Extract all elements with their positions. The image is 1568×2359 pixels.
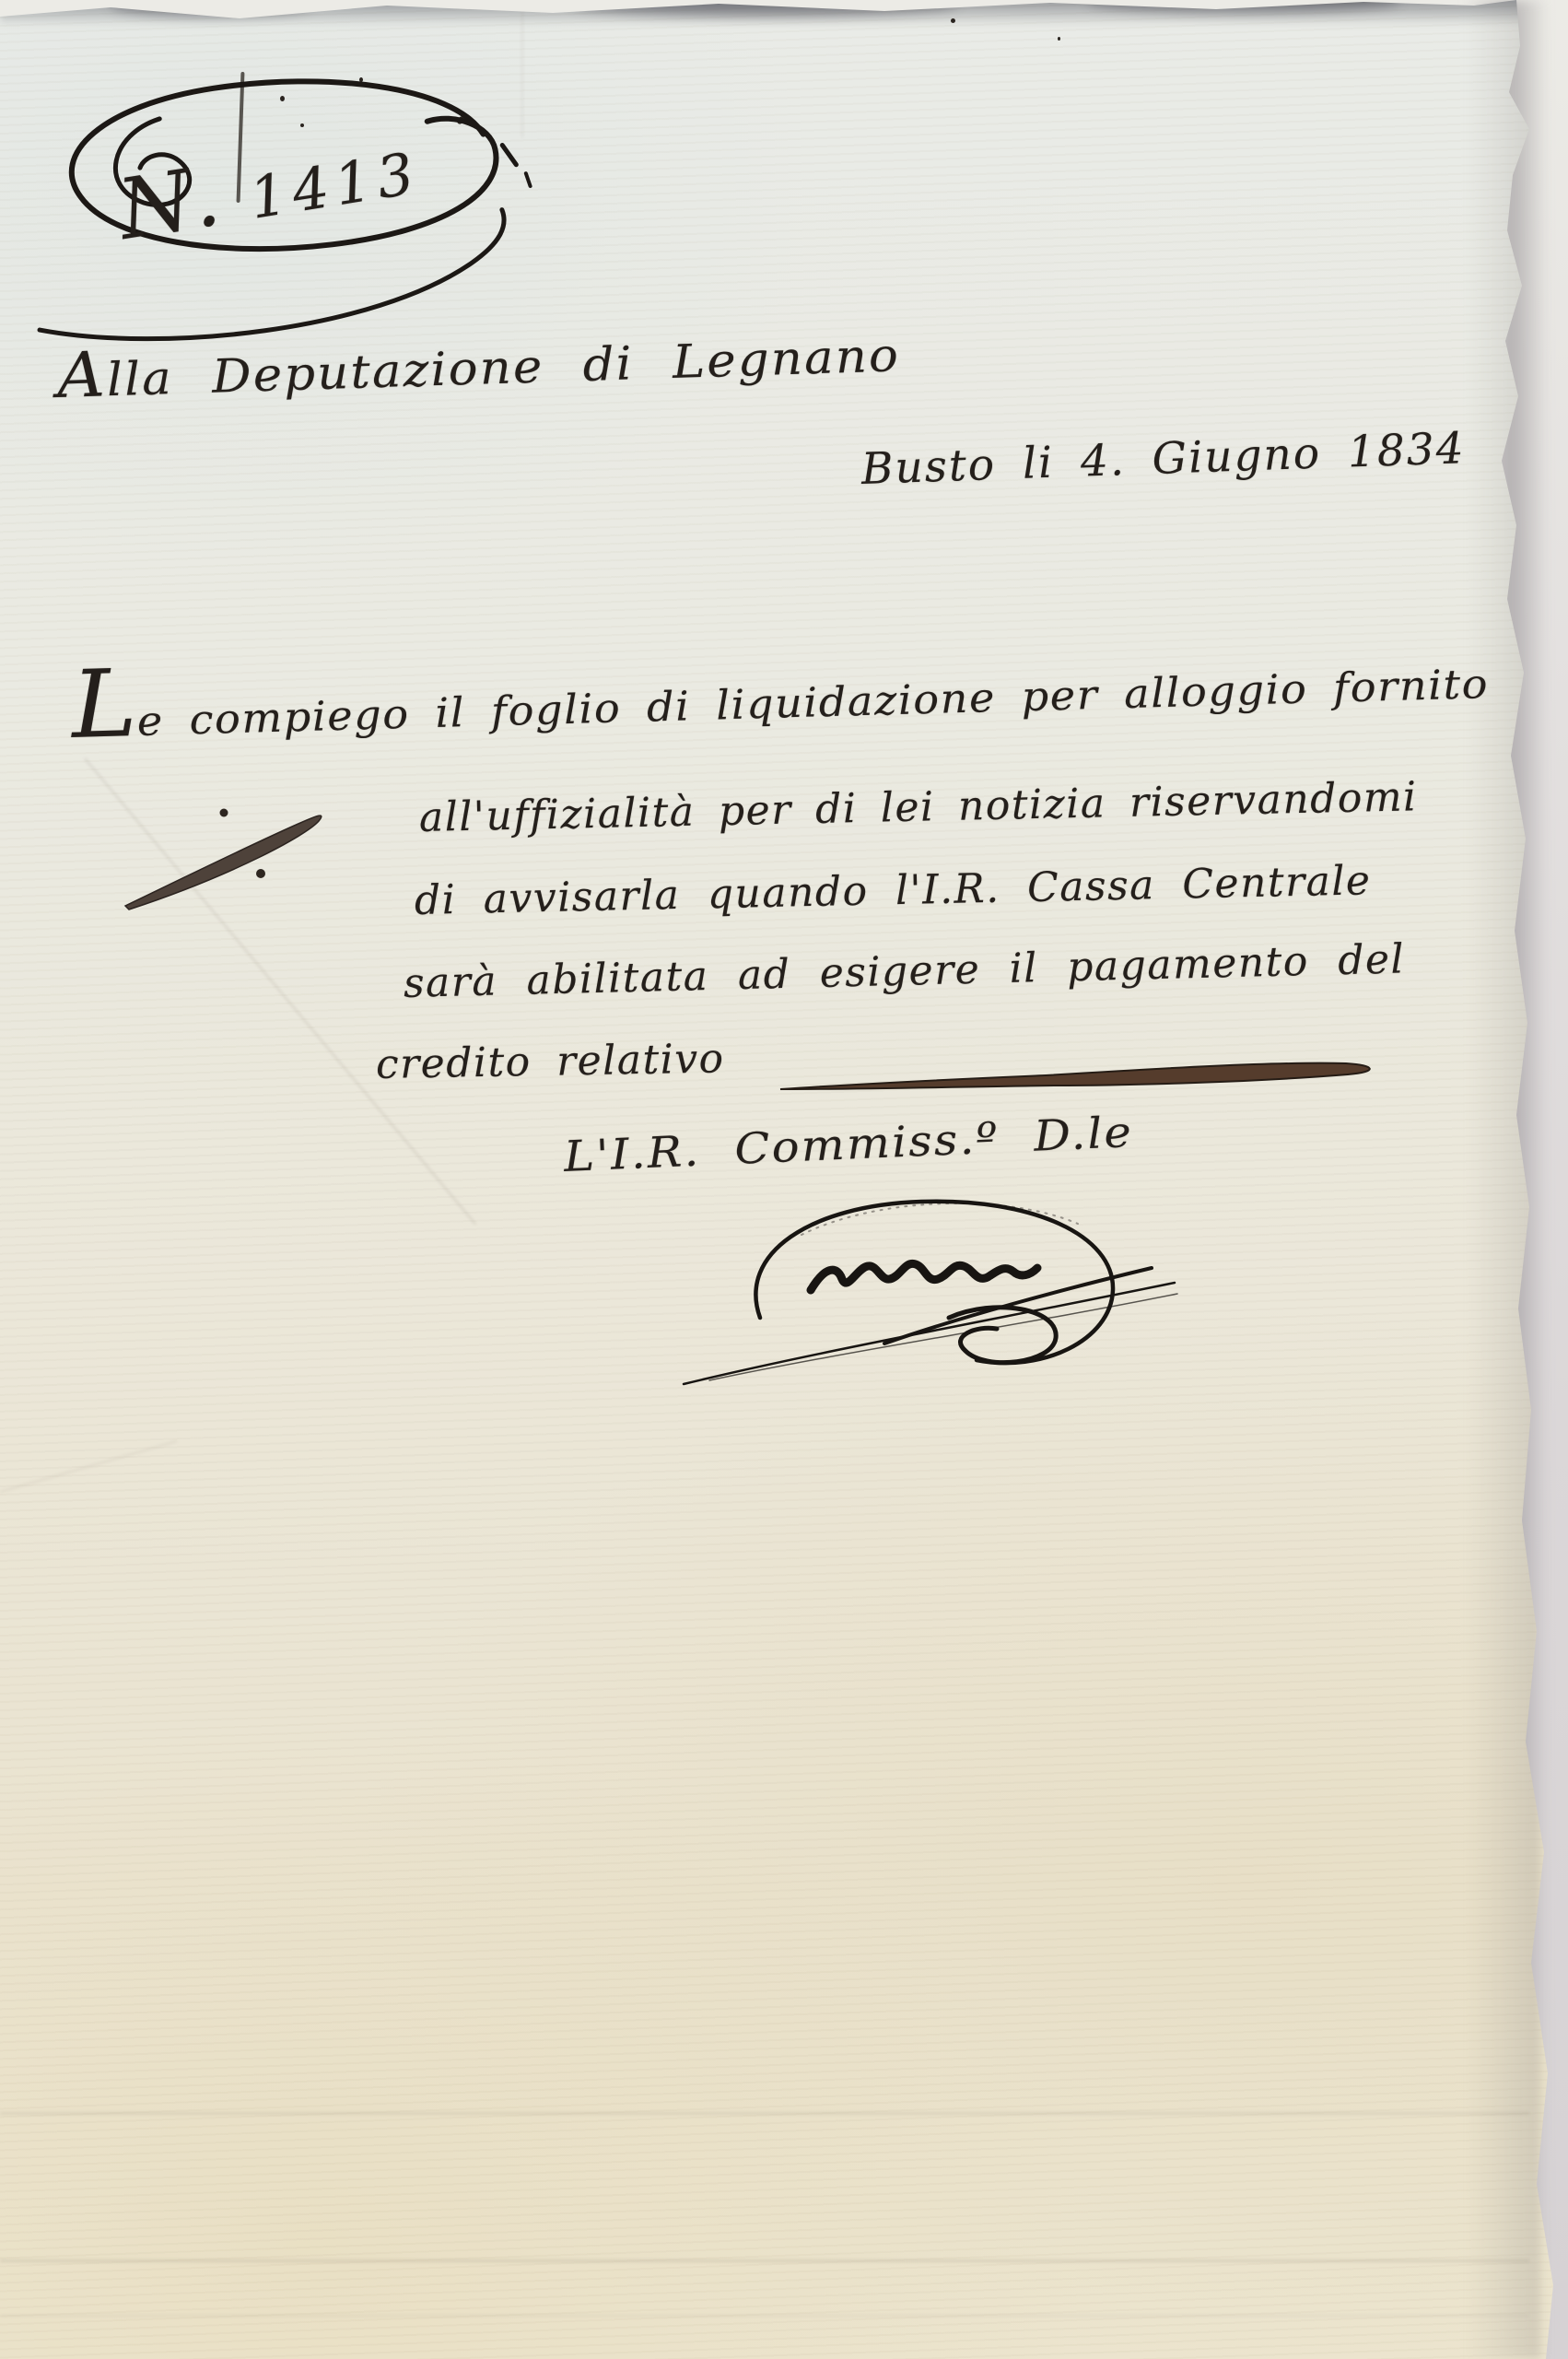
signature-flourish	[673, 1179, 1188, 1391]
ink-speck	[1058, 37, 1060, 41]
paraph-mark	[120, 797, 350, 917]
crease-line	[0, 2259, 1529, 2262]
body-line: credito relativo	[376, 1035, 725, 1088]
scanned-letter: N. 1413 Alla Deputazione di Legnano Bust…	[0, 0, 1568, 2359]
paper-sheet: N. 1413 Alla Deputazione di Legnano Bust…	[0, 0, 1568, 2359]
ink-speck	[951, 18, 955, 23]
pen-dash-flourish	[778, 1056, 1387, 1097]
crease-line	[0, 2112, 1529, 2115]
crease-line	[0, 2315, 1529, 2317]
